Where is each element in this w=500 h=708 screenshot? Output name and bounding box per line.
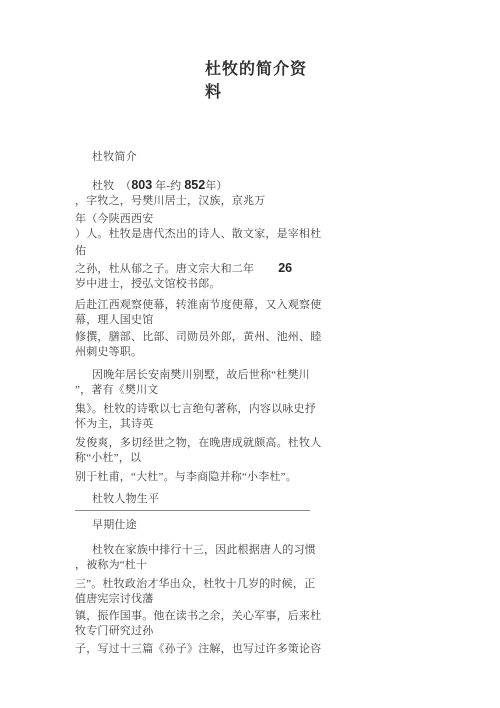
text-line: ，被称为“杜十 [75, 558, 465, 573]
text-line: 杜牧在家族中排行十三，因此根据唐人的习惯 [75, 543, 465, 558]
text-line: 州刺史等职。 [75, 345, 465, 360]
text-segment: 杜牧 （ [92, 180, 131, 192]
text-line-birth-death: 杜牧 （803 年-约 852年） [75, 178, 465, 194]
text-line: 称“小杜”，以 [75, 451, 465, 466]
document-title: 杜牧的简介资 料 [205, 58, 325, 104]
birth-year-number: 803 [131, 178, 152, 192]
text-line: 别于杜甫，“大杜”。与李商隐并称“小李杜”。 [75, 470, 465, 485]
text-line: 怀为主，其诗英 [75, 417, 465, 432]
text-line: ）人。杜牧是唐代杰出的诗人、散文家，是宰相杜 [75, 227, 465, 242]
text-line: 后赴江西观察使幕，转淮南节度使幕，又入观察使 [75, 298, 465, 313]
section-heading-early-career: 早期仕途 [75, 518, 465, 533]
text-segment: 之孙，杜从郁之子。唐文宗大和二年 [75, 263, 254, 275]
text-line: ，字牧之，号樊川居士，汉族，京兆万 [75, 194, 465, 209]
text-line: 集》。杜牧的诗歌以七言绝句著称，内容以咏史抒 [75, 402, 465, 417]
text-line-jinshi-age: 之孙，杜从郁之子。唐文宗大和二年26 [75, 261, 465, 277]
text-line: 修撰，膳部、比部、司勋员外郎，黄州、池州、睦 [75, 330, 465, 345]
title-line-1: 杜牧的简介资 [205, 58, 325, 81]
death-year-number: 852 [184, 178, 205, 192]
section-heading-biography: 杜牧人物生平 [75, 492, 465, 507]
age-number: 26 [278, 261, 292, 275]
text-line: 因晚年居长安南樊川别墅，故后世称“杜樊川 [75, 368, 465, 383]
text-line: 子，写过十三篇《孙子》注解，也写过许多策论咨 [75, 642, 465, 657]
text-line: 值唐宪宗讨伐藩 [75, 592, 465, 607]
text-line: 年（今陕西西安 [75, 212, 465, 227]
text-line: 岁中进士，授弘文馆校书郎。 [75, 277, 465, 292]
text-line: 牧专门研究过孙 [75, 624, 465, 639]
section-divider [75, 510, 310, 511]
text-line: ”，著有《樊川文 [75, 383, 465, 398]
text-line: 三”。杜牧政治才华出众，杜牧十几岁的时候，正 [75, 577, 465, 592]
text-line: 镇，振作国事。他在读书之余，关心军事，后来杜 [75, 609, 465, 624]
text-segment: 年-约 [152, 180, 184, 192]
text-line: 发俊爽，多切经世之物，在晚唐成就颇高。杜牧人 [75, 436, 465, 451]
document-page: 杜牧的简介资 料 杜牧简介 杜牧 （803 年-约 852年） ，字牧之，号樊川… [0, 0, 500, 708]
section-heading-intro: 杜牧简介 [75, 150, 465, 165]
text-segment: 年） [205, 180, 227, 192]
text-line: 幕，理人国史馆 [75, 313, 465, 328]
title-line-2: 料 [205, 81, 325, 104]
text-line: 佑 [75, 244, 465, 259]
